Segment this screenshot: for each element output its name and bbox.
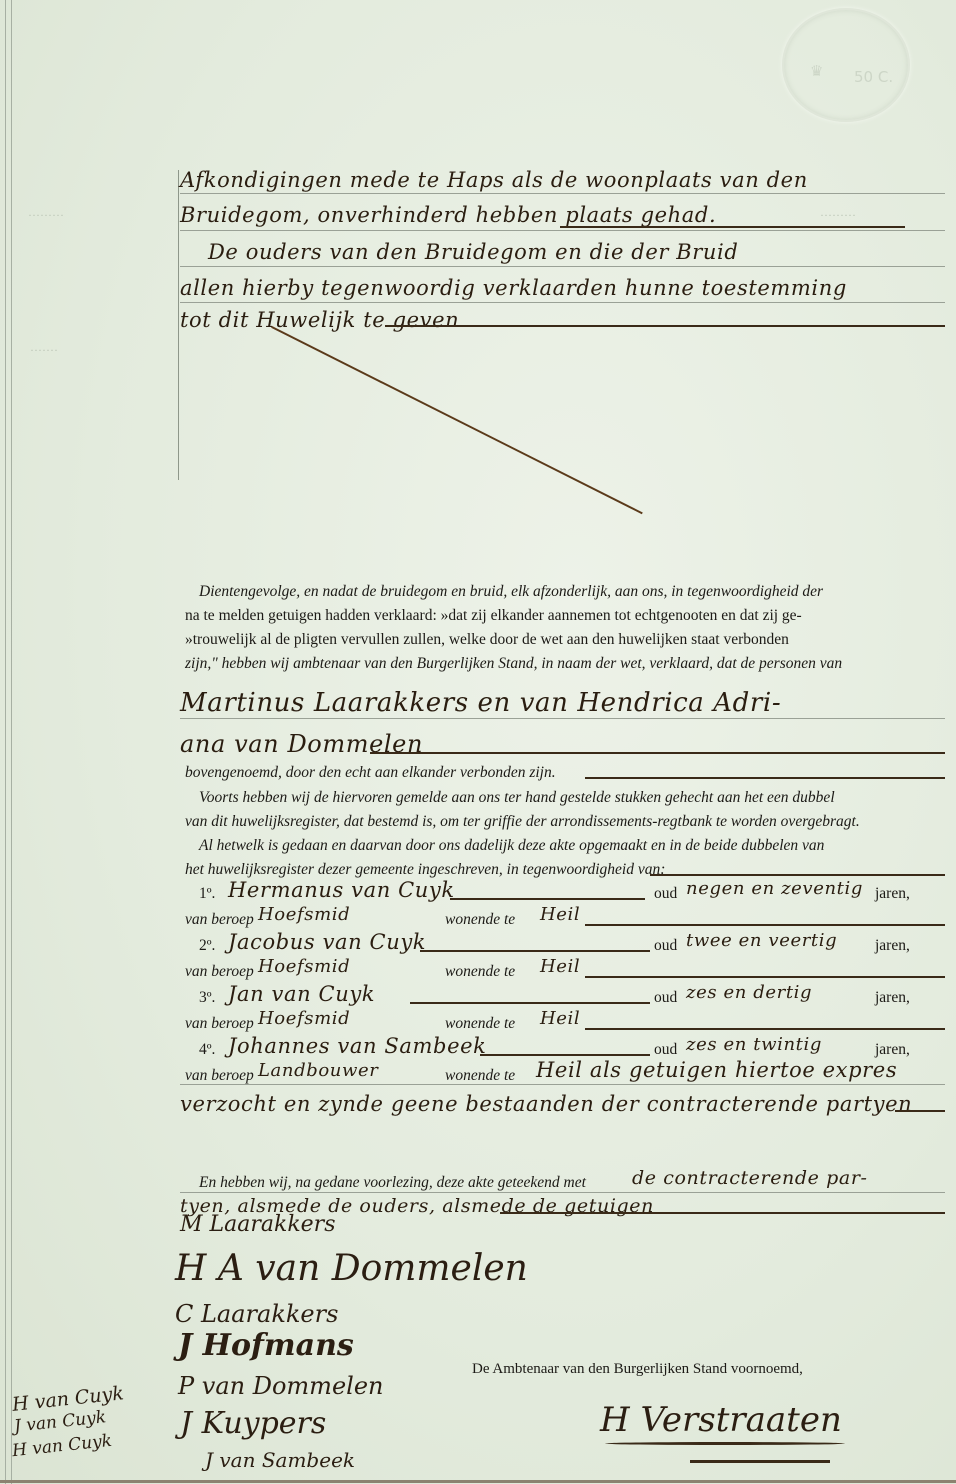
signature: J Kuypers xyxy=(180,1406,326,1441)
ink-fill-line xyxy=(480,1054,650,1056)
witness-number: 3º. xyxy=(199,989,215,1007)
van-beroep-label: van beroep xyxy=(185,1015,254,1033)
ink-fill-line xyxy=(585,777,945,779)
signature: C Laarakkers xyxy=(175,1300,338,1328)
witness-occupation: Hoefsmid xyxy=(258,956,350,977)
embossed-seal: ♛ 50 C. xyxy=(782,8,910,122)
oud-label: oud xyxy=(654,1041,677,1059)
declaration-line: zijn," hebben wij ambtenaar van den Burg… xyxy=(185,655,842,673)
signature: P van Dommelen xyxy=(178,1372,383,1400)
declaration-line: na te melden getuigen hadden verklaard: … xyxy=(185,607,802,625)
show-through-text: ········· xyxy=(820,208,856,223)
ruled-line xyxy=(180,193,945,194)
witness-age: negen en zeventig xyxy=(686,878,863,899)
witness-occupation: Landbouwer xyxy=(258,1060,378,1081)
show-through-text: ······· xyxy=(30,343,58,358)
handwritten-line: Bruidegom, onverhinderd hebben plaats ge… xyxy=(180,203,716,227)
official-signature: H Verstraaten xyxy=(600,1400,842,1440)
ink-fill-line xyxy=(410,1002,650,1004)
witness-age: zes en dertig xyxy=(686,982,812,1003)
ink-fill-line xyxy=(450,898,645,900)
ink-fill-line xyxy=(370,752,945,754)
diagonal-strike-line xyxy=(271,326,643,514)
signature: J van Sambeek xyxy=(205,1448,355,1472)
show-through-text: ········· xyxy=(28,208,64,223)
jaren-label: jaren, xyxy=(875,937,910,955)
witness-number: 4º. xyxy=(199,1041,215,1059)
box-border-left xyxy=(178,170,179,480)
ruled-line xyxy=(180,1084,945,1085)
witness-name: Jan van Cuyk xyxy=(228,982,375,1006)
couple-names-line1: Martinus Laarakkers en van Hendrica Adri… xyxy=(180,688,781,718)
witness-name: Jacobus van Cuyk xyxy=(228,930,426,954)
jaren-label: jaren, xyxy=(875,885,910,903)
declaration-line: Dientengevolge, en nadat de bruidegom en… xyxy=(199,583,823,601)
witness-residence: Heil xyxy=(540,904,580,925)
margin-rule xyxy=(5,0,6,1484)
jaren-label: jaren, xyxy=(875,1041,910,1059)
signature: J Hofmans xyxy=(178,1328,354,1363)
witness-note: verzocht en zynde geene bestaanden der c… xyxy=(180,1092,912,1116)
ink-fill-line xyxy=(420,950,650,952)
official-caption: De Ambtenaar van den Burgerlijken Stand … xyxy=(472,1361,803,1378)
jaren-label: jaren, xyxy=(875,989,910,1007)
ink-fill-line xyxy=(895,1110,945,1112)
wonende-te-label: wonende te xyxy=(445,911,515,929)
witness-name: Hermanus van Cuyk xyxy=(228,878,455,902)
declaration-line: »trouwelijk al de pligten vervullen zull… xyxy=(185,631,789,649)
van-beroep-label: van beroep xyxy=(185,963,254,981)
al-hetwelk-line: het huwelijksregister dezer gemeente ing… xyxy=(185,861,665,879)
voorts-line: van dit huwelijksregister, dat bestemd i… xyxy=(185,813,860,831)
wonende-te-label: wonende te xyxy=(445,963,515,981)
closing-printed: En hebben wij, na gedane voorlezing, dez… xyxy=(199,1174,586,1192)
oud-label: oud xyxy=(654,989,677,1007)
handwritten-line: De ouders van den Bruidegom en die der B… xyxy=(208,240,738,264)
page-bottom-edge xyxy=(0,1480,956,1483)
ink-fill-line xyxy=(650,874,945,876)
ruled-line xyxy=(180,302,945,303)
witness-number: 2º. xyxy=(199,937,215,955)
signature-flourish xyxy=(690,1460,830,1463)
witness-residence: Heil als getuigen hiertoe expres xyxy=(536,1058,897,1082)
ink-fill-line xyxy=(560,226,905,228)
ink-fill-line xyxy=(585,924,945,926)
van-beroep-label: van beroep xyxy=(185,1067,254,1085)
witness-name: Johannes van Sambeek xyxy=(228,1034,486,1058)
margin-rule xyxy=(11,0,12,1484)
witness-number: 1º. xyxy=(199,885,215,903)
oud-label: oud xyxy=(654,885,677,903)
oud-label: oud xyxy=(654,937,677,955)
ruled-line xyxy=(180,1192,945,1193)
ink-fill-line xyxy=(585,1028,945,1030)
closing-handwritten: de contracterende par- xyxy=(632,1167,868,1189)
signature-flourish xyxy=(605,1442,845,1445)
handwritten-line: allen hierby tegenwoordig verklaarden hu… xyxy=(180,276,847,300)
civil-registry-marriage-record: ········· ········· ······· ♛ 50 C. Afko… xyxy=(0,0,956,1484)
wonende-te-label: wonende te xyxy=(445,1015,515,1033)
witness-occupation: Hoefsmid xyxy=(258,1008,350,1029)
witness-residence: Heil xyxy=(540,1008,580,1029)
crown-shield-emblem-icon: ♛ xyxy=(810,62,823,80)
ink-fill-line xyxy=(385,325,945,327)
witness-residence: Heil xyxy=(540,956,580,977)
ruled-line xyxy=(180,230,945,231)
signature: H A van Dommelen xyxy=(175,1248,528,1289)
voorts-line: Voorts hebben wij de hiervoren gemelde a… xyxy=(199,789,835,807)
ink-fill-line xyxy=(585,976,945,978)
wonende-te-label: wonende te xyxy=(445,1067,515,1085)
ruled-line xyxy=(180,266,945,267)
witness-age: zes en twintig xyxy=(686,1034,822,1055)
signature: M Laarakkers xyxy=(180,1212,335,1237)
witness-age: twee en veertig xyxy=(686,930,837,951)
al-hetwelk-line: Al hetwelk is gedaan en daarvan door ons… xyxy=(199,837,824,855)
handwritten-line: tot dit Huwelijk te geven xyxy=(180,308,459,332)
ink-fill-line xyxy=(500,1212,945,1214)
handwritten-line: Afkondigingen mede te Haps als de woonpl… xyxy=(180,168,808,192)
united-text: bovengenoemd, door den echt aan elkander… xyxy=(185,764,556,782)
ruled-line xyxy=(180,718,945,719)
witness-occupation: Hoefsmid xyxy=(258,904,350,925)
van-beroep-label: van beroep xyxy=(185,911,254,929)
